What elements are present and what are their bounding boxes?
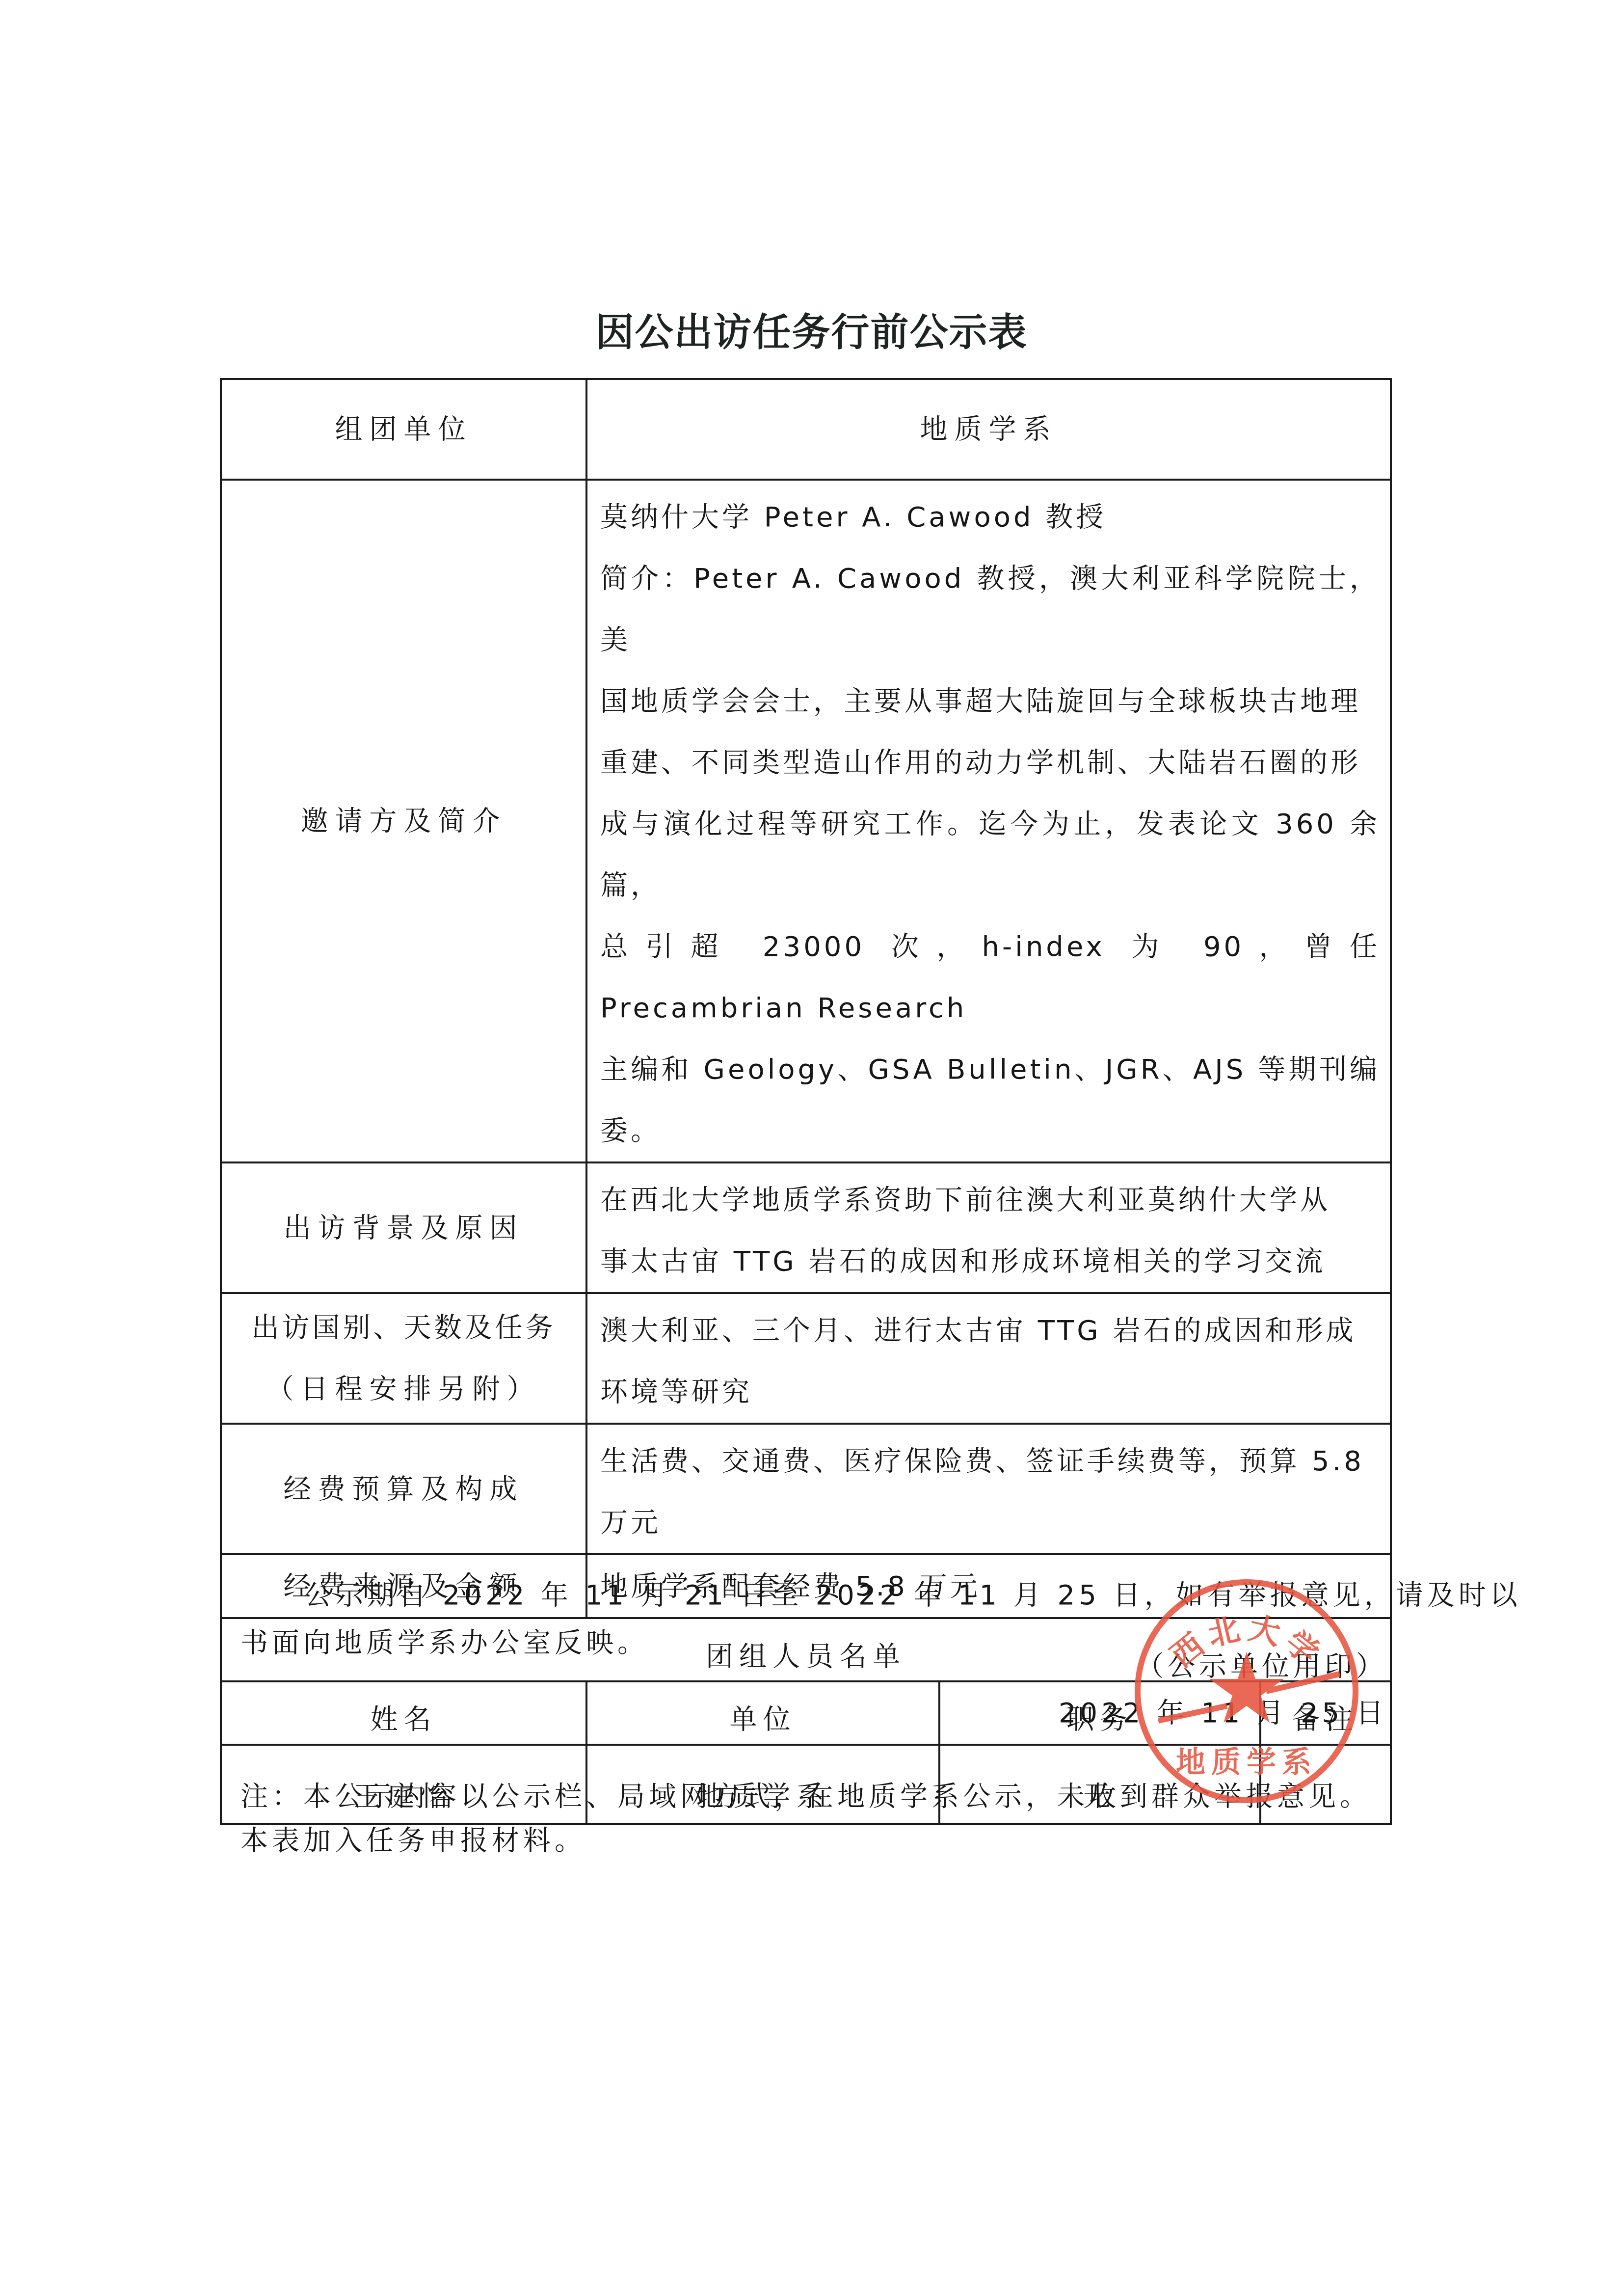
label-organizing-unit: 组团单位 bbox=[221, 379, 586, 480]
background-line: 事太古宙 TTG 岩石的成因和形成环境相关的学习交流 bbox=[600, 1231, 1380, 1292]
value-organizing-unit: 地质学系 bbox=[586, 379, 1391, 480]
destination-label-line: （日程安排另附） bbox=[222, 1358, 585, 1420]
inviter-line: 总引超 23000 次，h-index 为 90，曾任 Precambrian … bbox=[600, 916, 1380, 1039]
value-budget: 生活费、交通费、医疗保险费、签证手续费等，预算 5.8 万元 bbox=[586, 1424, 1391, 1554]
header-name: 姓名 bbox=[221, 1681, 586, 1745]
value-background: 在西北大学地质学系资助下前往澳大利亚莫纳什大学从 事太古宙 TTG 岩石的成因和… bbox=[586, 1162, 1391, 1293]
row-organizing-unit: 组团单位 地质学系 bbox=[221, 379, 1391, 480]
destination-line: 澳大利亚、三个月、进行太古宙 TTG 岩石的成因和形成 bbox=[600, 1300, 1380, 1361]
row-budget: 经费预算及构成 生活费、交通费、医疗保险费、签证手续费等，预算 5.8 万元 bbox=[221, 1424, 1391, 1554]
note-text: 注：本公示内容以公示栏、局域网方式，在地质学系公示，未收到群众举报意见。 bbox=[240, 1775, 1371, 1814]
row-background: 出访背景及原因 在西北大学地质学系资助下前往澳大利亚莫纳什大学从 事太古宙 TT… bbox=[221, 1162, 1391, 1293]
label-budget: 经费预算及构成 bbox=[221, 1424, 586, 1554]
row-inviter: 邀请方及简介 莫纳什大学 Peter A. Cawood 教授 简介：Peter… bbox=[221, 480, 1391, 1162]
label-inviter: 邀请方及简介 bbox=[221, 480, 586, 1162]
inviter-line: 简介：Peter A. Cawood 教授，澳大利亚科学院院士，美 bbox=[600, 548, 1380, 671]
value-inviter: 莫纳什大学 Peter A. Cawood 教授 简介：Peter A. Caw… bbox=[586, 480, 1391, 1162]
value-destination: 澳大利亚、三个月、进行太古宙 TTG 岩石的成因和形成 环境等研究 bbox=[586, 1293, 1391, 1424]
document-title: 因公出访任务行前公示表 bbox=[0, 302, 1623, 357]
background-line: 在西北大学地质学系资助下前往澳大利亚莫纳什大学从 bbox=[600, 1169, 1380, 1231]
budget-line: 万元 bbox=[600, 1492, 1380, 1553]
seal-caption: （公示单位用印） bbox=[1136, 1645, 1387, 1684]
header-unit: 单位 bbox=[586, 1681, 939, 1745]
inviter-line: 国地质学会会士，主要从事超大陆旋回与全球板块古地理 bbox=[600, 671, 1380, 732]
inviter-line: 成与演化过程等研究工作。迄今为止，发表论文 360 余篇， bbox=[600, 793, 1380, 916]
note-text-cont: 本表加入任务申报材料。 bbox=[240, 1819, 586, 1858]
inviter-line: 重建、不同类型造山作用的动力学机制、大陆岩石圈的形 bbox=[600, 732, 1380, 793]
destination-label-line: 出访国别、天数及任务 bbox=[222, 1297, 585, 1358]
destination-line: 环境等研究 bbox=[600, 1361, 1380, 1423]
label-destination: 出访国别、天数及任务 （日程安排另附） bbox=[221, 1293, 586, 1424]
notice-period-text: 公示期自 2022 年 11 月 21 日至 2022 年 11 月 25 日，… bbox=[304, 1573, 1521, 1613]
notice-period-text-cont: 书面向地质学系办公室反映。 bbox=[240, 1621, 649, 1660]
seal-date: 2022 年 11 月 25 日 bbox=[1059, 1691, 1387, 1730]
label-background: 出访背景及原因 bbox=[221, 1162, 586, 1293]
budget-line: 生活费、交通费、医疗保险费、签证手续费等，预算 5.8 bbox=[600, 1431, 1380, 1492]
row-destination: 出访国别、天数及任务 （日程安排另附） 澳大利亚、三个月、进行太古宙 TTG 岩… bbox=[221, 1293, 1391, 1424]
inviter-line: 主编和 Geology、GSA Bulletin、JGR、AJS 等期刊编委。 bbox=[600, 1039, 1380, 1162]
inviter-line: 莫纳什大学 Peter A. Cawood 教授 bbox=[600, 486, 1380, 548]
